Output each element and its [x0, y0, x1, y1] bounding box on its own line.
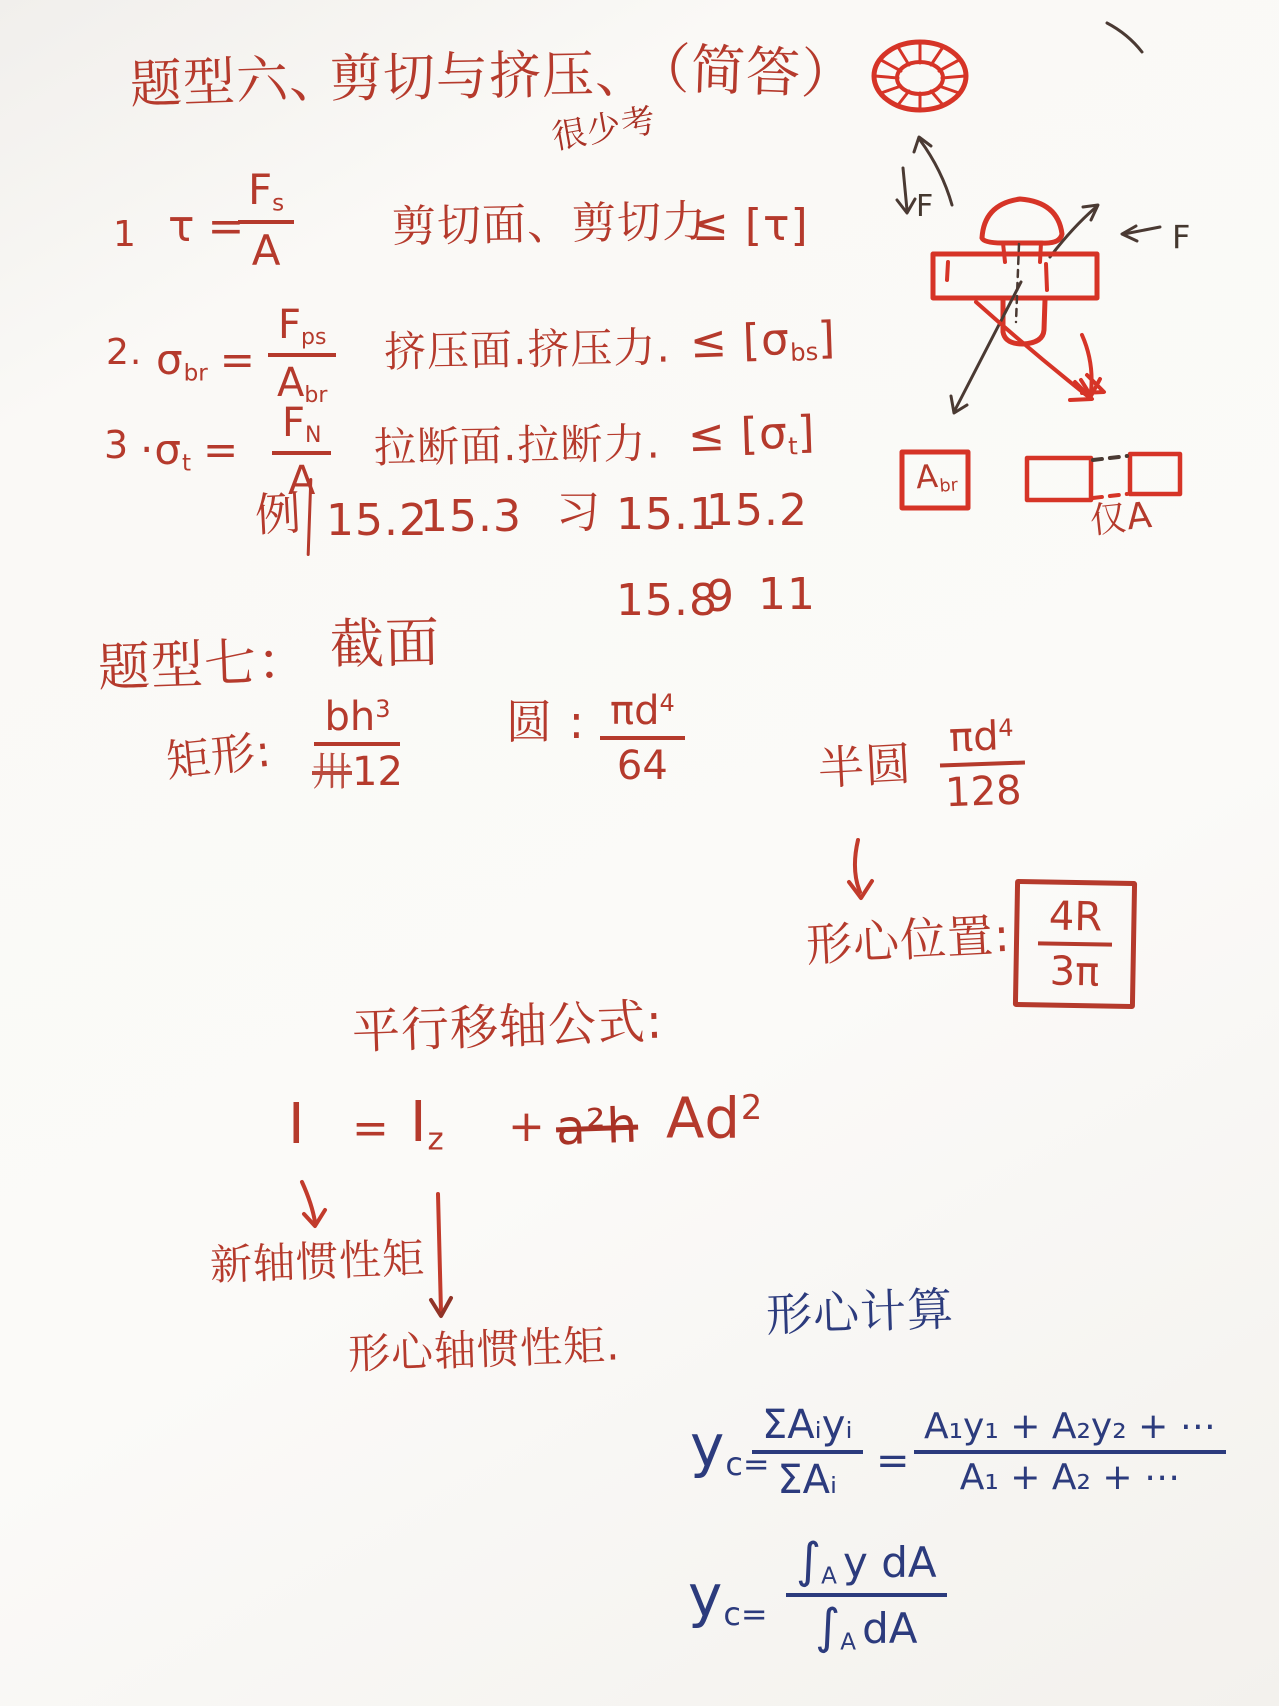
fraction-numerator: A₁y₁ + A₂y₂ + ⋯ — [914, 1408, 1226, 1454]
numerator-base: πd — [948, 713, 999, 761]
numerator-base: F — [248, 165, 272, 214]
fraction-numerator: Fps — [268, 304, 336, 357]
equals-sign: = — [352, 1106, 390, 1152]
stress-row2-index: 2. — [106, 334, 142, 372]
sigma-t-sub: t — [182, 450, 191, 476]
stray-pen-stroke — [1107, 23, 1142, 52]
sigma-br-sub: br — [184, 360, 208, 386]
centroid-position-label: 形心位置: — [805, 911, 1012, 970]
numerator-sup: 4 — [659, 689, 674, 717]
denominator-base: ΣAᵢ — [777, 1457, 837, 1503]
plate-sketch — [933, 244, 1097, 322]
stress-row1-index: 1 — [113, 216, 137, 254]
numerator-sub: s — [272, 190, 284, 216]
denominator-base: A₁ + A₂ + ⋯ — [960, 1457, 1180, 1498]
centroid-integral-fraction: ∫Ay dA ∫AdA — [786, 1536, 947, 1654]
down-arrow-long — [428, 1192, 468, 1332]
denominator-base: A — [252, 226, 281, 275]
example-label: 例 — [254, 489, 303, 540]
exercise-ref-5: 11 — [758, 572, 816, 618]
shear-plane-desc: 剪切面、剪切力 — [392, 199, 708, 251]
centroid-position-fraction: 4R 3π — [1038, 895, 1113, 993]
fraction-numerator: bh3 — [314, 696, 400, 746]
fraction-numerator: Fs — [238, 168, 294, 224]
scribbled-out-char: 卅 — [312, 749, 352, 795]
washer-ring-sketch — [874, 42, 966, 110]
area-note: 仅A — [1088, 497, 1154, 541]
iz-sub: z — [428, 1122, 444, 1158]
integral-sign: ∫ — [796, 1533, 821, 1589]
semicircle-label: 半圆 — [817, 740, 913, 793]
exercise-ref-4: 9 — [706, 574, 735, 620]
section7-title-topic: 截面 — [330, 615, 441, 674]
fraction-denominator: 3π — [1049, 945, 1099, 993]
down-arrow — [846, 836, 891, 911]
denominator-base: 12 — [352, 749, 403, 795]
limit-pre: ≤ [σ — [687, 408, 789, 462]
numerator-base: ΣAᵢyᵢ — [762, 1402, 853, 1448]
bearing-stress-fraction: Fps Abr — [268, 304, 336, 408]
example-ref-2: 15.3 — [420, 494, 522, 540]
numerator-sub: N — [305, 423, 321, 448]
force-arrow-left — [1122, 226, 1160, 241]
fraction-numerator: πd4 — [600, 690, 685, 740]
parallel-axis-title: 平行移轴公式: — [351, 997, 664, 1058]
centroid-position-box: 4R 3π — [1013, 879, 1137, 1009]
rect-inertia-fraction: bh3 卅12 — [312, 696, 403, 793]
tension-plane-desc: 拉断面.拉断力. — [374, 422, 661, 471]
equals-sign: = — [203, 425, 239, 474]
semicircle-fraction: πd4 128 — [938, 715, 1026, 815]
ad-base: Ad — [666, 1086, 741, 1151]
fraction-numerator: FN — [272, 402, 331, 455]
bolt-head-sketch — [982, 199, 1062, 271]
denominator-base: 128 — [944, 768, 1022, 817]
integral-sign: ∫ — [815, 1599, 840, 1655]
numerator-sup: 4 — [998, 714, 1014, 743]
bearing-plane-desc: 挤压面.挤压力. — [384, 326, 671, 375]
new-axis-note: 新轴惯性矩 — [209, 1236, 425, 1288]
crossed-out-term: a²h — [555, 1101, 639, 1154]
exercise-label: 习 — [556, 490, 601, 536]
numerator-base: A₁y₁ + A₂y₂ + ⋯ — [924, 1406, 1216, 1447]
centroid-calc-title: 形心计算 — [765, 1285, 955, 1340]
limit-pre: ≤ [τ — [692, 200, 791, 251]
tau-symbol: τ= — [168, 204, 245, 253]
equals-sign: = — [876, 1440, 911, 1482]
rarely-tested-note: 很少考 — [550, 103, 660, 156]
handwritten-notes-page: 题型六、 剪切与挤压、 （简答） 很少考 1 τ= Fs A 剪切面、剪切力 ≤… — [0, 0, 1279, 1706]
numerator-base: F — [282, 400, 305, 446]
fraction-denominator: ∫AdA — [815, 1597, 917, 1655]
inertia-z-term: Iz — [410, 1094, 444, 1156]
centroid-axis-note: 形心轴惯性矩. — [347, 1323, 621, 1377]
fraction-denominator: 卅12 — [312, 746, 403, 793]
section6-title-number: 题型六、 — [129, 51, 343, 113]
fraction-denominator: A₁ + A₂ + ⋯ — [960, 1454, 1180, 1497]
equals-sign: = — [220, 335, 256, 384]
section6-title-topic: 剪切与挤压、 — [330, 47, 649, 107]
circle-inertia-fraction: πd4 64 — [600, 690, 685, 787]
tau-symbol-base: τ — [168, 201, 196, 252]
force-arrow-down — [897, 168, 915, 213]
sigma-t-base: ·σ — [140, 425, 182, 474]
abr-sub: br — [939, 475, 959, 496]
numerator-sub: ps — [301, 325, 326, 350]
fraction-numerator: πd4 — [938, 715, 1024, 768]
fraction-denominator: 64 — [617, 740, 668, 787]
abr-box-label: Abr — [915, 459, 959, 498]
abr-base: A — [915, 457, 940, 497]
example-ref-1: 15.2 — [326, 498, 428, 544]
numerator-base: F — [278, 302, 301, 348]
inertia-lhs: I — [288, 1096, 306, 1155]
numerator-sup: 3 — [375, 695, 390, 723]
denominator-base: dA — [862, 1604, 917, 1653]
section7-title-number: 题型七： — [97, 634, 311, 696]
down-arrow — [288, 1178, 338, 1238]
ad-sup: 2 — [741, 1088, 762, 1127]
denominator-base: 64 — [617, 743, 668, 789]
bolt-connection-sketch: F F — [790, 10, 1279, 560]
numerator-base: bh — [324, 694, 375, 740]
numerator-base: y dA — [843, 1538, 937, 1587]
short-red-arrow — [1081, 335, 1100, 396]
rect-inertia-label: 矩形: — [164, 729, 274, 786]
force-label-top: F — [916, 189, 933, 224]
integral-sub: A — [821, 1563, 837, 1589]
yc-sub: c= — [723, 1595, 767, 1633]
integral-sub: A — [840, 1629, 856, 1655]
yc-base: y — [690, 1412, 725, 1480]
rivet-dot-sketch — [1097, 136, 1143, 158]
fraction-denominator: 128 — [944, 765, 1022, 815]
yc-base: y — [688, 1562, 723, 1630]
limit-pre: ≤ [σ — [689, 314, 791, 368]
centroid-expanded-fraction: A₁y₁ + A₂y₂ + ⋯ A₁ + A₂ + ⋯ — [914, 1408, 1226, 1497]
exercise-ref-3: 15.8 — [616, 578, 718, 624]
arrow-to-abr-box — [951, 282, 1021, 413]
numerator-base: πd — [610, 688, 659, 734]
sigma-br-base: σ — [156, 335, 184, 384]
centroid-sum-fraction: ΣAᵢyᵢ ΣAᵢ — [752, 1404, 863, 1501]
fraction-numerator: ΣAᵢyᵢ — [752, 1404, 863, 1454]
fraction-numerator: ∫Ay dA — [786, 1536, 947, 1597]
numerator-base: 4R — [1048, 893, 1102, 940]
ad-squared-term: Ad2 — [666, 1090, 762, 1149]
fraction-denominator: ΣAᵢ — [777, 1454, 837, 1501]
shear-area-rects — [1027, 454, 1180, 500]
fraction-numerator: 4R — [1038, 895, 1112, 946]
stress-row3-index: 3 — [104, 426, 129, 466]
plus-sign: + — [508, 1104, 546, 1150]
arrow-to-rivet-dot — [1050, 205, 1098, 257]
iz-base: I — [410, 1090, 428, 1155]
sigma-t-symbol: ·σt= — [140, 428, 239, 476]
circle-inertia-label: 圆 : — [506, 698, 585, 746]
shear-stress-fraction: Fs A — [238, 168, 294, 276]
force-label-side: F — [1172, 218, 1190, 256]
exercise-ref-1: 15.1 — [616, 492, 718, 538]
yc-symbol-2: yc= — [688, 1566, 768, 1631]
denominator-base: 3π — [1049, 948, 1099, 995]
sigma-br-symbol: σbr= — [156, 338, 256, 386]
fraction-denominator: A — [252, 224, 281, 277]
